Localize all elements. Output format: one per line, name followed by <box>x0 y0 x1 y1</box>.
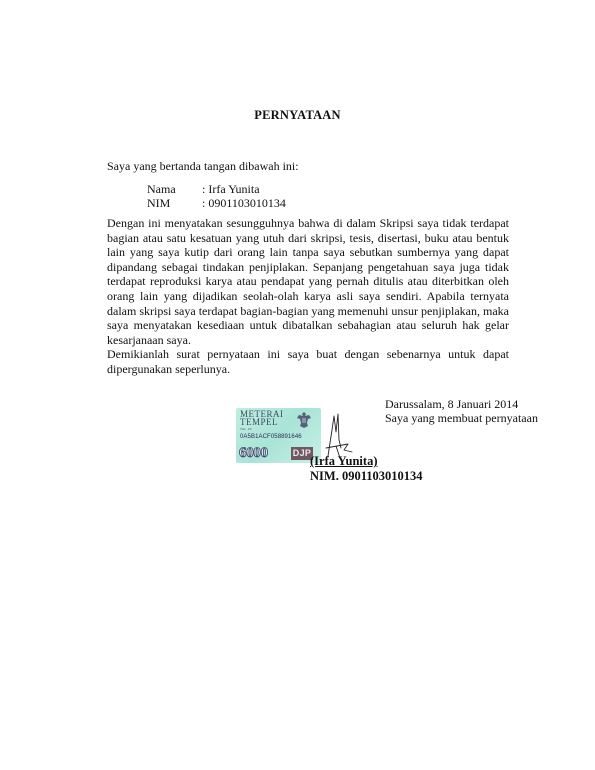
stamp-serial: 0A5B1ACF058891646 <box>240 434 302 440</box>
closing-paragraph: Demikianlah surat pernyataan ini saya bu… <box>107 347 509 376</box>
intro-text: Saya yang bertanda tangan dibawah ini: <box>107 159 299 174</box>
stamp-value: 6000 <box>239 445 268 462</box>
identity-row-nim: NIM : 0901103010134 <box>147 196 286 210</box>
signer-nim: NIM. 0901103010134 <box>310 469 423 483</box>
statement-body: Dengan ini menyatakan sesungguhnya bahwa… <box>107 216 509 377</box>
revenue-stamp: METERAI TEMPEL TGL. 20 0A5B1ACF058891646… <box>236 408 321 463</box>
garuda-emblem-icon <box>296 411 312 429</box>
document-title: PERNYATAAN <box>0 108 595 123</box>
signature-header: Darussalam, 8 Januari 2014 Saya yang mem… <box>385 397 538 425</box>
signer-role: Saya yang membuat pernyataan <box>385 411 538 425</box>
identity-label: NIM <box>147 196 202 210</box>
stamp-line2: TEMPEL <box>240 418 284 426</box>
stamp-fine-print: TGL. 20 <box>240 427 252 431</box>
identity-row-name: Nama : Irfa Yunita <box>147 182 286 196</box>
identity-block: Nama : Irfa Yunita NIM : 0901103010134 <box>147 182 286 210</box>
signer-name: (Irfa Yunita) <box>310 454 377 468</box>
stamp-title: METERAI TEMPEL <box>240 410 284 426</box>
identity-label: Nama <box>147 182 202 196</box>
identity-value: : 0901103010134 <box>202 196 286 210</box>
handwritten-signature-icon <box>318 410 356 460</box>
identity-value: : Irfa Yunita <box>202 182 260 196</box>
place-date: Darussalam, 8 Januari 2014 <box>385 397 538 411</box>
statement-paragraph: Dengan ini menyatakan sesungguhnya bahwa… <box>107 216 509 347</box>
